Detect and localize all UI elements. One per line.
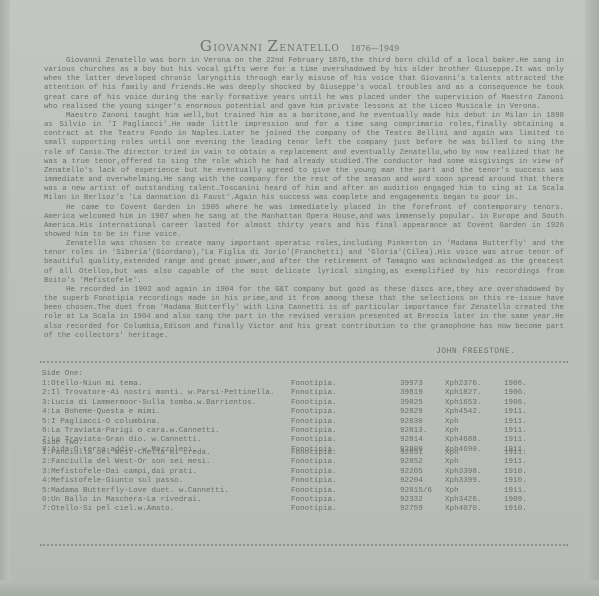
record-label: Fonotipia. bbox=[291, 399, 337, 408]
track-row: 6:La Traviata-Parigi o cara.w.Cannetti.F… bbox=[42, 427, 572, 436]
recording-year: 1906. bbox=[504, 380, 527, 389]
recording-year: 1911. bbox=[504, 418, 527, 427]
matrix-number: 92852 bbox=[400, 458, 423, 467]
page-title: GIOVANNI ZENATELLO 1876—1949 bbox=[0, 37, 599, 55]
record-label: Fonotipia. bbox=[291, 449, 337, 458]
recording-year: 1911. bbox=[504, 458, 527, 467]
track-title: 2:Il Trovatore-Ai nostri monti. w.Parsi-… bbox=[42, 389, 274, 398]
title-first-initial: G bbox=[200, 37, 213, 55]
matrix-number: 92815/6 bbox=[400, 487, 432, 496]
paragraph: He recorded in 1902 and again in 1904 fo… bbox=[44, 286, 564, 341]
catalog-number: Xph3399. bbox=[445, 477, 481, 486]
side-one-label: Side One: bbox=[42, 370, 572, 380]
catalog-number: Xph1827. bbox=[445, 389, 481, 398]
catalog-number: Xph1653. bbox=[445, 399, 481, 408]
track-row: 2:Il Trovatore-Ai nostri monti. w.Parsi-… bbox=[42, 389, 572, 398]
matrix-number: 92829 bbox=[400, 408, 423, 417]
record-label: Fonotipia. bbox=[291, 496, 337, 505]
matrix-number: 39819 bbox=[400, 389, 423, 398]
sleeve-edge-left bbox=[0, 0, 10, 596]
track-row: 1:Fanciulla del West-Chella mi creda.Fon… bbox=[42, 449, 572, 458]
matrix-number: 92830 bbox=[400, 418, 423, 427]
side-two-label: Side Two: bbox=[42, 439, 572, 449]
catalog-number: Xph3398. bbox=[445, 468, 481, 477]
record-label: Fonotipia. bbox=[291, 389, 337, 398]
matrix-number: 92813. bbox=[400, 427, 427, 436]
catalog-number: Xph2376. bbox=[445, 380, 481, 389]
track-row: 5:I Pagliacci-O columbina.Fonotipia.9283… bbox=[42, 418, 572, 427]
track-row: 4:La Boheme-Questa e mimi.Fonotipia.9282… bbox=[42, 408, 572, 417]
record-label: Fonotipia. bbox=[291, 505, 337, 514]
track-row: 3:Mefistofele-Dai campi,dai prati.Fonoti… bbox=[42, 468, 572, 477]
track-title: 2:Fanciulla del West-Or son sei mesi. bbox=[42, 458, 211, 467]
matrix-number: 92759 bbox=[400, 505, 423, 514]
track-title: 6:La Traviata-Parigi o cara.w.Cannetti. bbox=[42, 427, 220, 436]
record-label: Fonotipia. bbox=[291, 418, 337, 427]
record-label: Fonotipia. bbox=[291, 487, 337, 496]
record-label: Fonotipia. bbox=[291, 427, 337, 436]
side-two-tracklist: Side Two: 1:Fanciulla del West-Chella mi… bbox=[42, 439, 572, 515]
paragraph: Giovanni Zenatello was born in Verona on… bbox=[44, 57, 564, 112]
track-row: 4:Mefistofele-Giunto sul passo.Fonotipia… bbox=[42, 477, 572, 486]
catalog-number: Xph4070. bbox=[445, 505, 481, 514]
track-title: 5:I Pagliacci-O columbina. bbox=[42, 418, 160, 427]
track-row: 7:Otello-Si pel ciel.w.Amato.Fonotipia.9… bbox=[42, 505, 572, 514]
track-title: 4:Mefistofele-Giunto sul passo. bbox=[42, 477, 183, 486]
track-title: 5:Madama Butterfly-Love duet. w.Cannetti… bbox=[42, 487, 229, 496]
liner-notes: Giovanni Zenatello was born in Verona on… bbox=[44, 57, 564, 341]
track-title: 3:Mefistofele-Dai campi,dai prati. bbox=[42, 468, 197, 477]
matrix-number: 92851 bbox=[400, 449, 423, 458]
record-label: Fonotipia. bbox=[291, 477, 337, 486]
catalog-number: Xph3426. bbox=[445, 496, 481, 505]
track-row: 6:Un Ballo in Maschera-La rivedrai.Fonot… bbox=[42, 496, 572, 505]
recording-year: 1911. bbox=[504, 427, 527, 436]
record-label: Fonotipia. bbox=[291, 408, 337, 417]
title-last-rest: ENATELLO bbox=[279, 44, 339, 54]
matrix-number: 92204 bbox=[400, 477, 423, 486]
title-last-initial: Z bbox=[267, 37, 279, 55]
author-signature: JOHN FREESTONE. bbox=[436, 347, 516, 356]
track-title: 7:Otello-Si pel ciel.w.Amato. bbox=[42, 505, 174, 514]
matrix-number: 92332 bbox=[400, 496, 423, 505]
track-row: 1:Otello-Niun mi tema.Fonotipia.39973Xph… bbox=[42, 380, 572, 389]
recording-year: 1910. bbox=[504, 477, 527, 486]
record-label: Fonotipia. bbox=[291, 380, 337, 389]
dotted-divider bbox=[40, 544, 568, 548]
paragraph: Zenatello was chosen to create many impo… bbox=[44, 240, 564, 286]
dotted-divider bbox=[40, 361, 568, 365]
matrix-number: 39973 bbox=[400, 380, 423, 389]
recording-year: 1911. bbox=[504, 487, 527, 496]
recording-year: 1909. bbox=[504, 496, 527, 505]
recording-year: 1906. bbox=[504, 399, 527, 408]
track-row: 2:Fanciulla del West-Or son sei mesi.Fon… bbox=[42, 458, 572, 467]
sleeve-edge-bottom bbox=[0, 580, 599, 596]
catalog-number: Xph bbox=[445, 487, 459, 496]
catalog-number: Xph bbox=[445, 427, 459, 436]
record-sleeve-back: GIOVANNI ZENATELLO 1876—1949 Giovanni Ze… bbox=[0, 0, 599, 596]
catalog-number: Xph bbox=[445, 418, 459, 427]
sleeve-edge-right bbox=[585, 0, 599, 596]
recording-year: 1910. bbox=[504, 505, 527, 514]
matrix-number: 92205 bbox=[400, 468, 423, 477]
track-row: 3:Lucia di Lammermoor-Sulla tomba.w.Barr… bbox=[42, 399, 572, 408]
recording-year: 1911. bbox=[504, 408, 527, 417]
recording-year: 1910. bbox=[504, 468, 527, 477]
track-title: 1:Fanciulla del West-Chella mi creda. bbox=[42, 449, 211, 458]
matrix-number: 39825 bbox=[400, 399, 423, 408]
track-row: 5:Madama Butterfly-Love duet. w.Cannetti… bbox=[42, 487, 572, 496]
track-title: 1:Otello-Niun mi tema. bbox=[42, 380, 142, 389]
paragraph: He came to Covent Garden in 1905 where h… bbox=[44, 204, 564, 241]
track-title: 6:Un Ballo in Maschera-La rivedrai. bbox=[42, 496, 202, 505]
catalog-number: Xph bbox=[445, 449, 459, 458]
track-title: 3:Lucia di Lammermoor-Sulla tomba.w.Barr… bbox=[42, 399, 256, 408]
recording-year: 1911. bbox=[504, 449, 527, 458]
catalog-number: Xph bbox=[445, 458, 459, 467]
title-dates: 1876—1949 bbox=[350, 44, 399, 53]
paragraph: Maestro Zanoni taught him well,but train… bbox=[44, 112, 564, 204]
record-label: Fonotipia. bbox=[291, 468, 337, 477]
title-first-rest: IOVANNI bbox=[213, 44, 262, 54]
recording-year: 1906. bbox=[504, 389, 527, 398]
record-label: Fonotipia. bbox=[291, 458, 337, 467]
track-title: 4:La Boheme-Questa e mimi. bbox=[42, 408, 160, 417]
catalog-number: Xph4542. bbox=[445, 408, 481, 417]
